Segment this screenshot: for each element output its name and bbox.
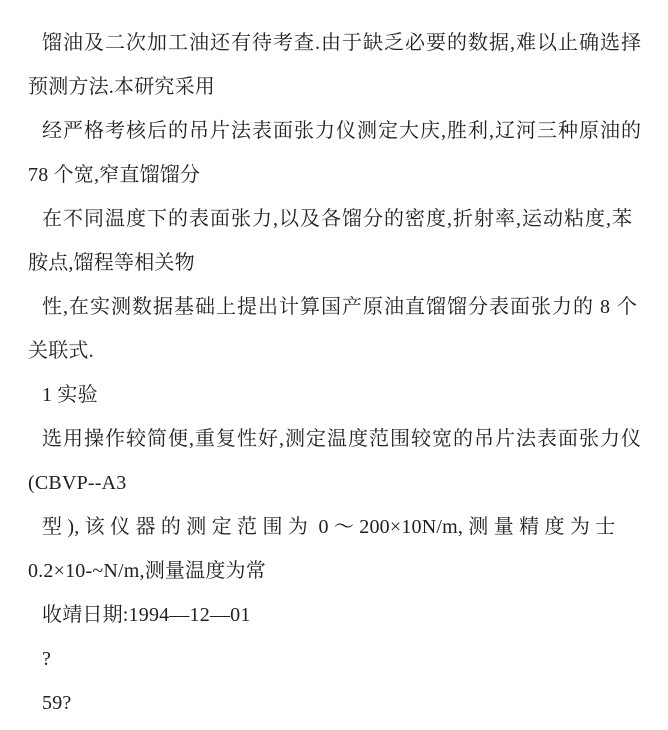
text-line: 馏油及二次加工油还有待考查.由于缺乏必要的数据,难以止确选择: [28, 21, 640, 65]
text-line: 选用操作较简便,重复性好,测定温度范围较宽的吊片法表面张力仪: [28, 417, 640, 461]
text-line: 型 ), 该 仪 器 的 测 定 范 围 为 0 ～ 200×10N/m, 测 …: [28, 505, 640, 549]
text-line: 胺点,馏程等相关物: [28, 241, 640, 285]
document-page: 馏油及二次加工油还有待考查.由于缺乏必要的数据,难以止确选择 预测方法.本研究采…: [0, 0, 668, 730]
text-line: 性,在实测数据基础上提出计算国产原油直馏馏分表面张力的 8 个: [28, 285, 640, 329]
text-line: 0.2×10-~N/m,测量温度为常: [28, 549, 640, 593]
received-date-line: 收靖日期:1994—12—01: [28, 593, 640, 637]
text-line: 78 个宽,窄直馏馏分: [28, 153, 640, 197]
section-heading: 1 实验: [28, 373, 640, 417]
text-line: (CBVP--A3: [28, 461, 640, 505]
text-line: 在不同温度下的表面张力,以及各馏分的密度,折射率,运动粘度,苯: [28, 197, 640, 241]
page-number-line: 59?: [28, 681, 640, 725]
text-line: 关联式.: [28, 329, 640, 373]
text-line: 预测方法.本研究采用: [28, 65, 640, 109]
text-line: 经严格考核后的吊片法表面张力仪测定大庆,胜利,辽河三种原油的: [28, 109, 640, 153]
text-line: ?: [28, 637, 640, 681]
